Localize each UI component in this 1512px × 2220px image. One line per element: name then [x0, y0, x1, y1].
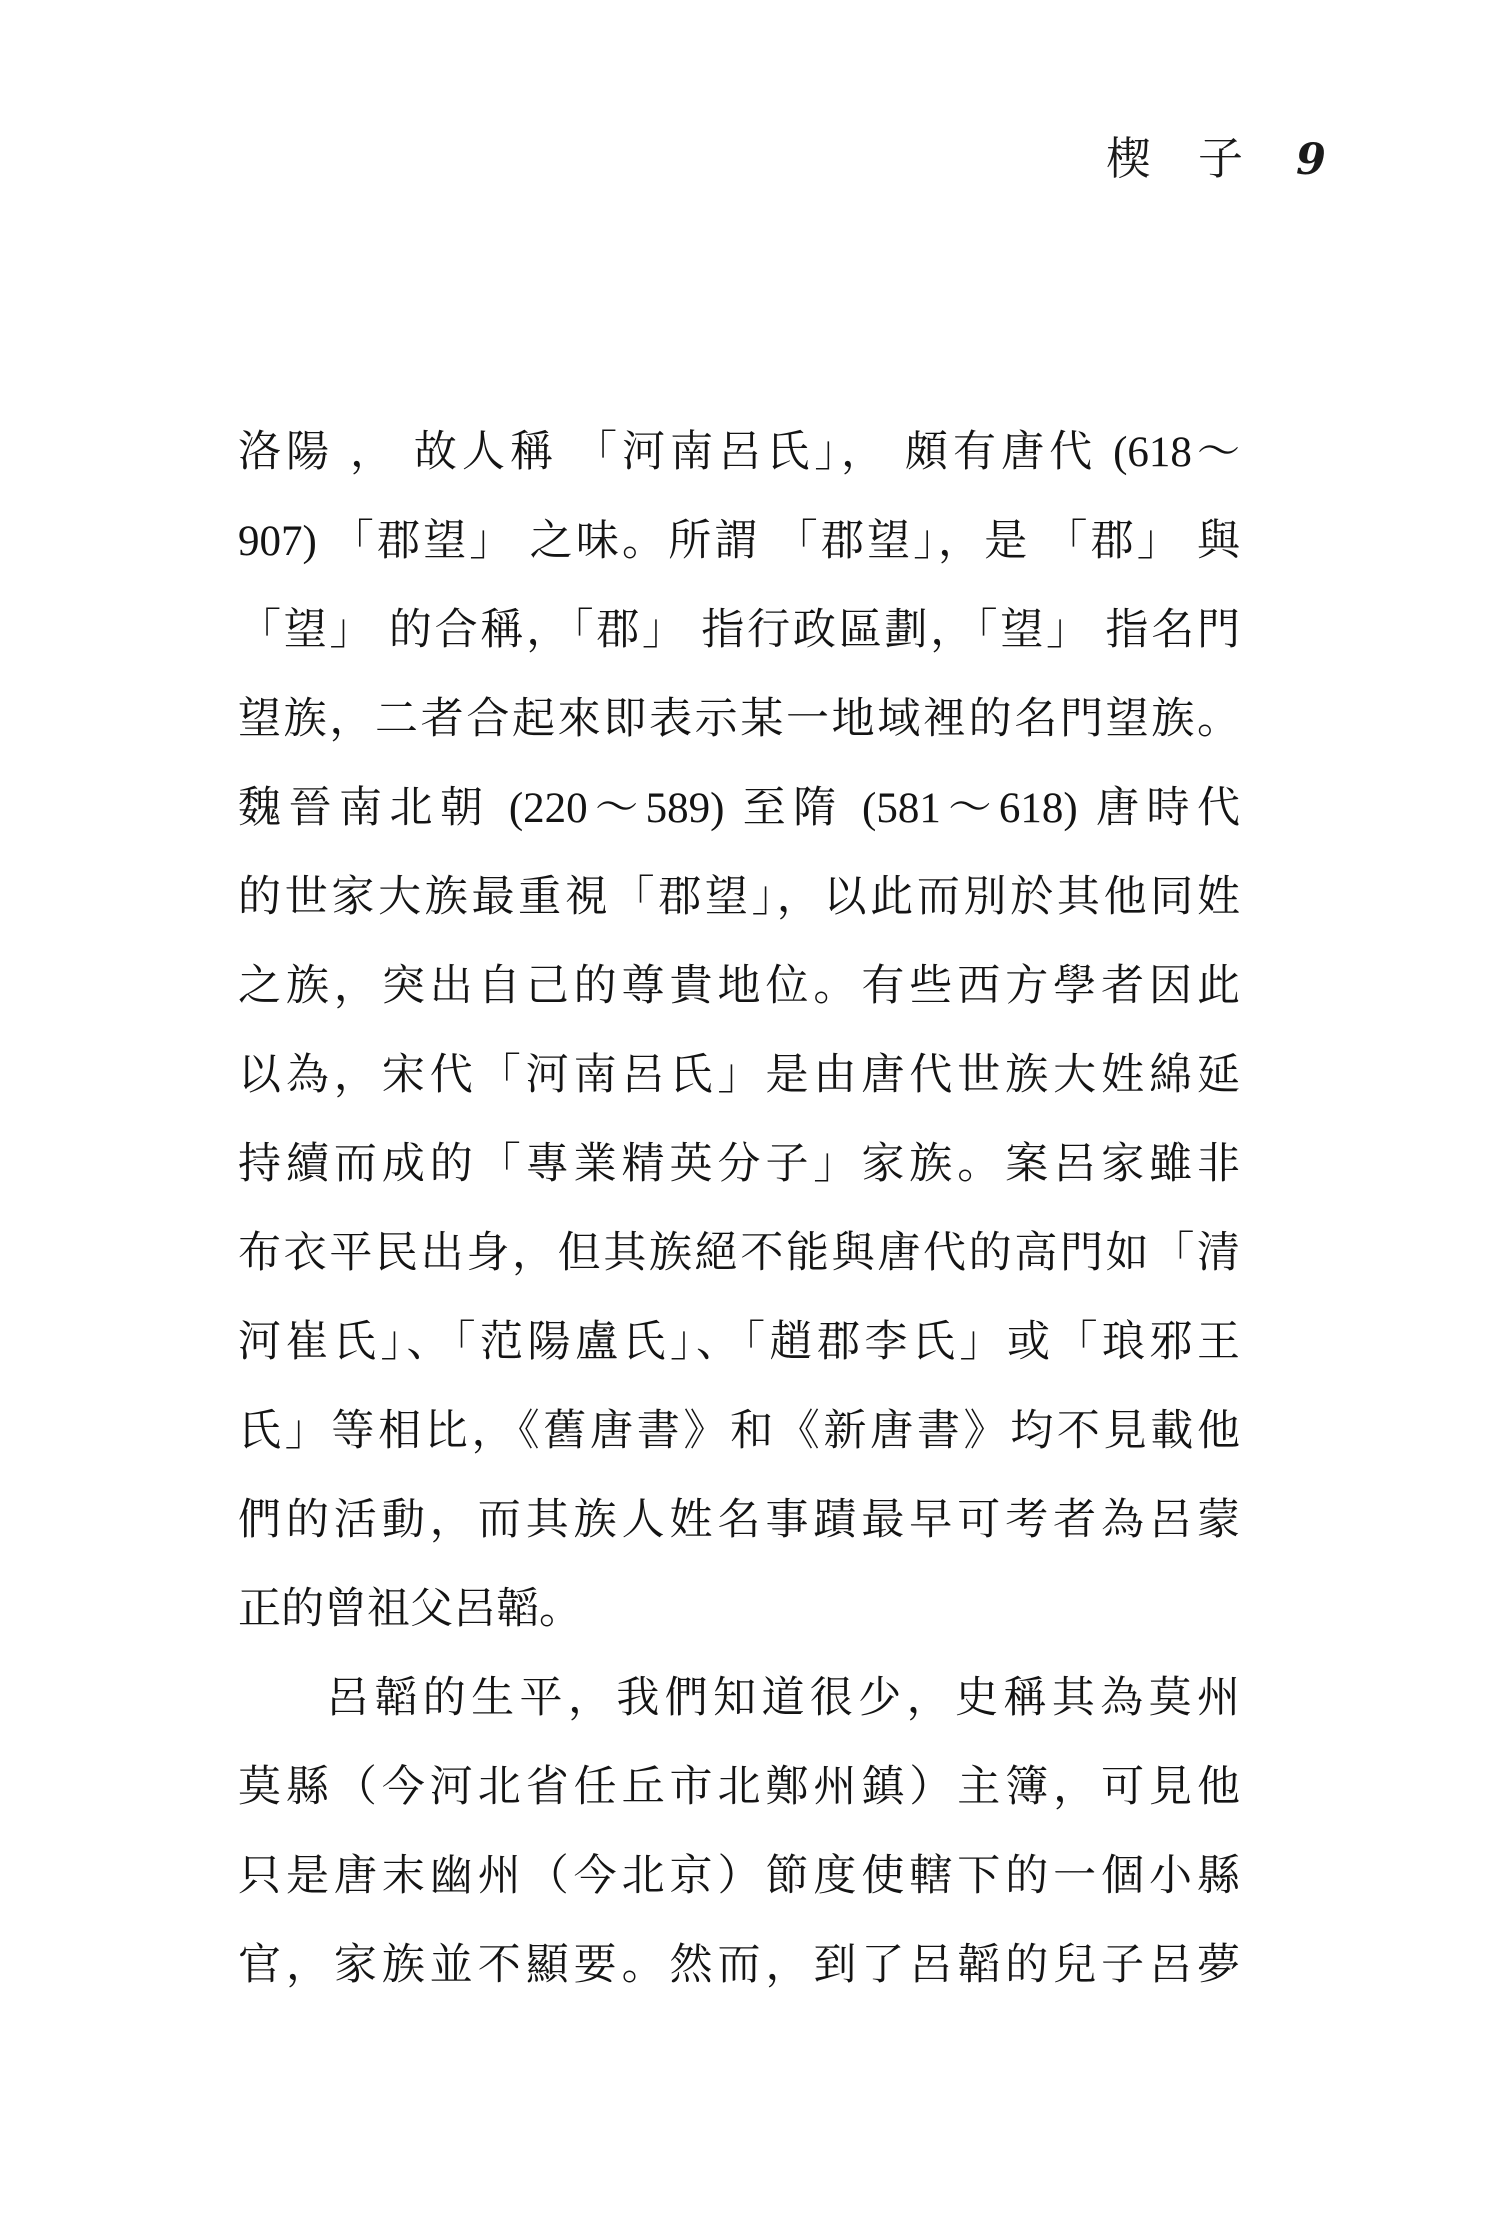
chapter-title: 楔 子 — [1106, 135, 1244, 183]
body-text: 洛陽 ， 故人稱 「河南呂氏」， 頗有唐代 (618～ 907) 「郡望」 之味… — [238, 408, 1240, 2010]
text-line: 「望」 的合稱，「郡」 指行政區劃，「望」 指名門 — [238, 586, 1240, 675]
text-line: 正的曾祖父呂韜。 — [238, 1565, 1240, 1654]
text-line: 官，家族並不顯要。然而，到了呂韜的兒子呂夢 — [238, 1921, 1240, 2010]
text-line: 們的活動，而其族人姓名事蹟最早可考者為呂蒙 — [238, 1476, 1240, 1565]
text-line: 河崔氏」、「范陽盧氏」、「趙郡李氏」或「琅邪王 — [238, 1298, 1240, 1387]
text-line: 氏」等相比，《舊唐書》和《新唐書》均不見載他 — [238, 1387, 1240, 1476]
text-line: 持續而成的「專業精英分子」家族。案呂家雖非 — [238, 1120, 1240, 1209]
text-line: 洛陽 ， 故人稱 「河南呂氏」， 頗有唐代 (618～ — [238, 408, 1240, 497]
text-line: 莫縣（今河北省任丘市北鄭州鎮）主簿，可見他 — [238, 1743, 1240, 1832]
text-line: 只是唐末幽州（今北京）節度使轄下的一個小縣 — [238, 1832, 1240, 1921]
book-page: 楔 子 9 洛陽 ， 故人稱 「河南呂氏」， 頗有唐代 (618～ 907) 「… — [0, 0, 1512, 2220]
running-head: 楔 子 9 — [1106, 135, 1326, 184]
text-line: 魏晉南北朝 (220～589) 至隋 (581～618) 唐時代 — [238, 764, 1240, 853]
text-line: 望族，二者合起來即表示某一地域裡的名門望族。 — [238, 675, 1240, 764]
text-line: 布衣平民出身，但其族絕不能與唐代的高門如「清 — [238, 1209, 1240, 1298]
text-line: 907) 「郡望」 之味。所謂 「郡望」，是 「郡」 與 — [238, 497, 1240, 586]
text-line: 之族，突出自己的尊貴地位。有些西方學者因此 — [238, 942, 1240, 1031]
text-line: 呂韜的生平，我們知道很少，史稱其為莫州 — [238, 1654, 1240, 1743]
text-line: 以為，宋代「河南呂氏」是由唐代世族大姓綿延 — [238, 1031, 1240, 1120]
text-line: 的世家大族最重視「郡望」，以此而別於其他同姓 — [238, 853, 1240, 942]
page-number: 9 — [1296, 136, 1326, 184]
